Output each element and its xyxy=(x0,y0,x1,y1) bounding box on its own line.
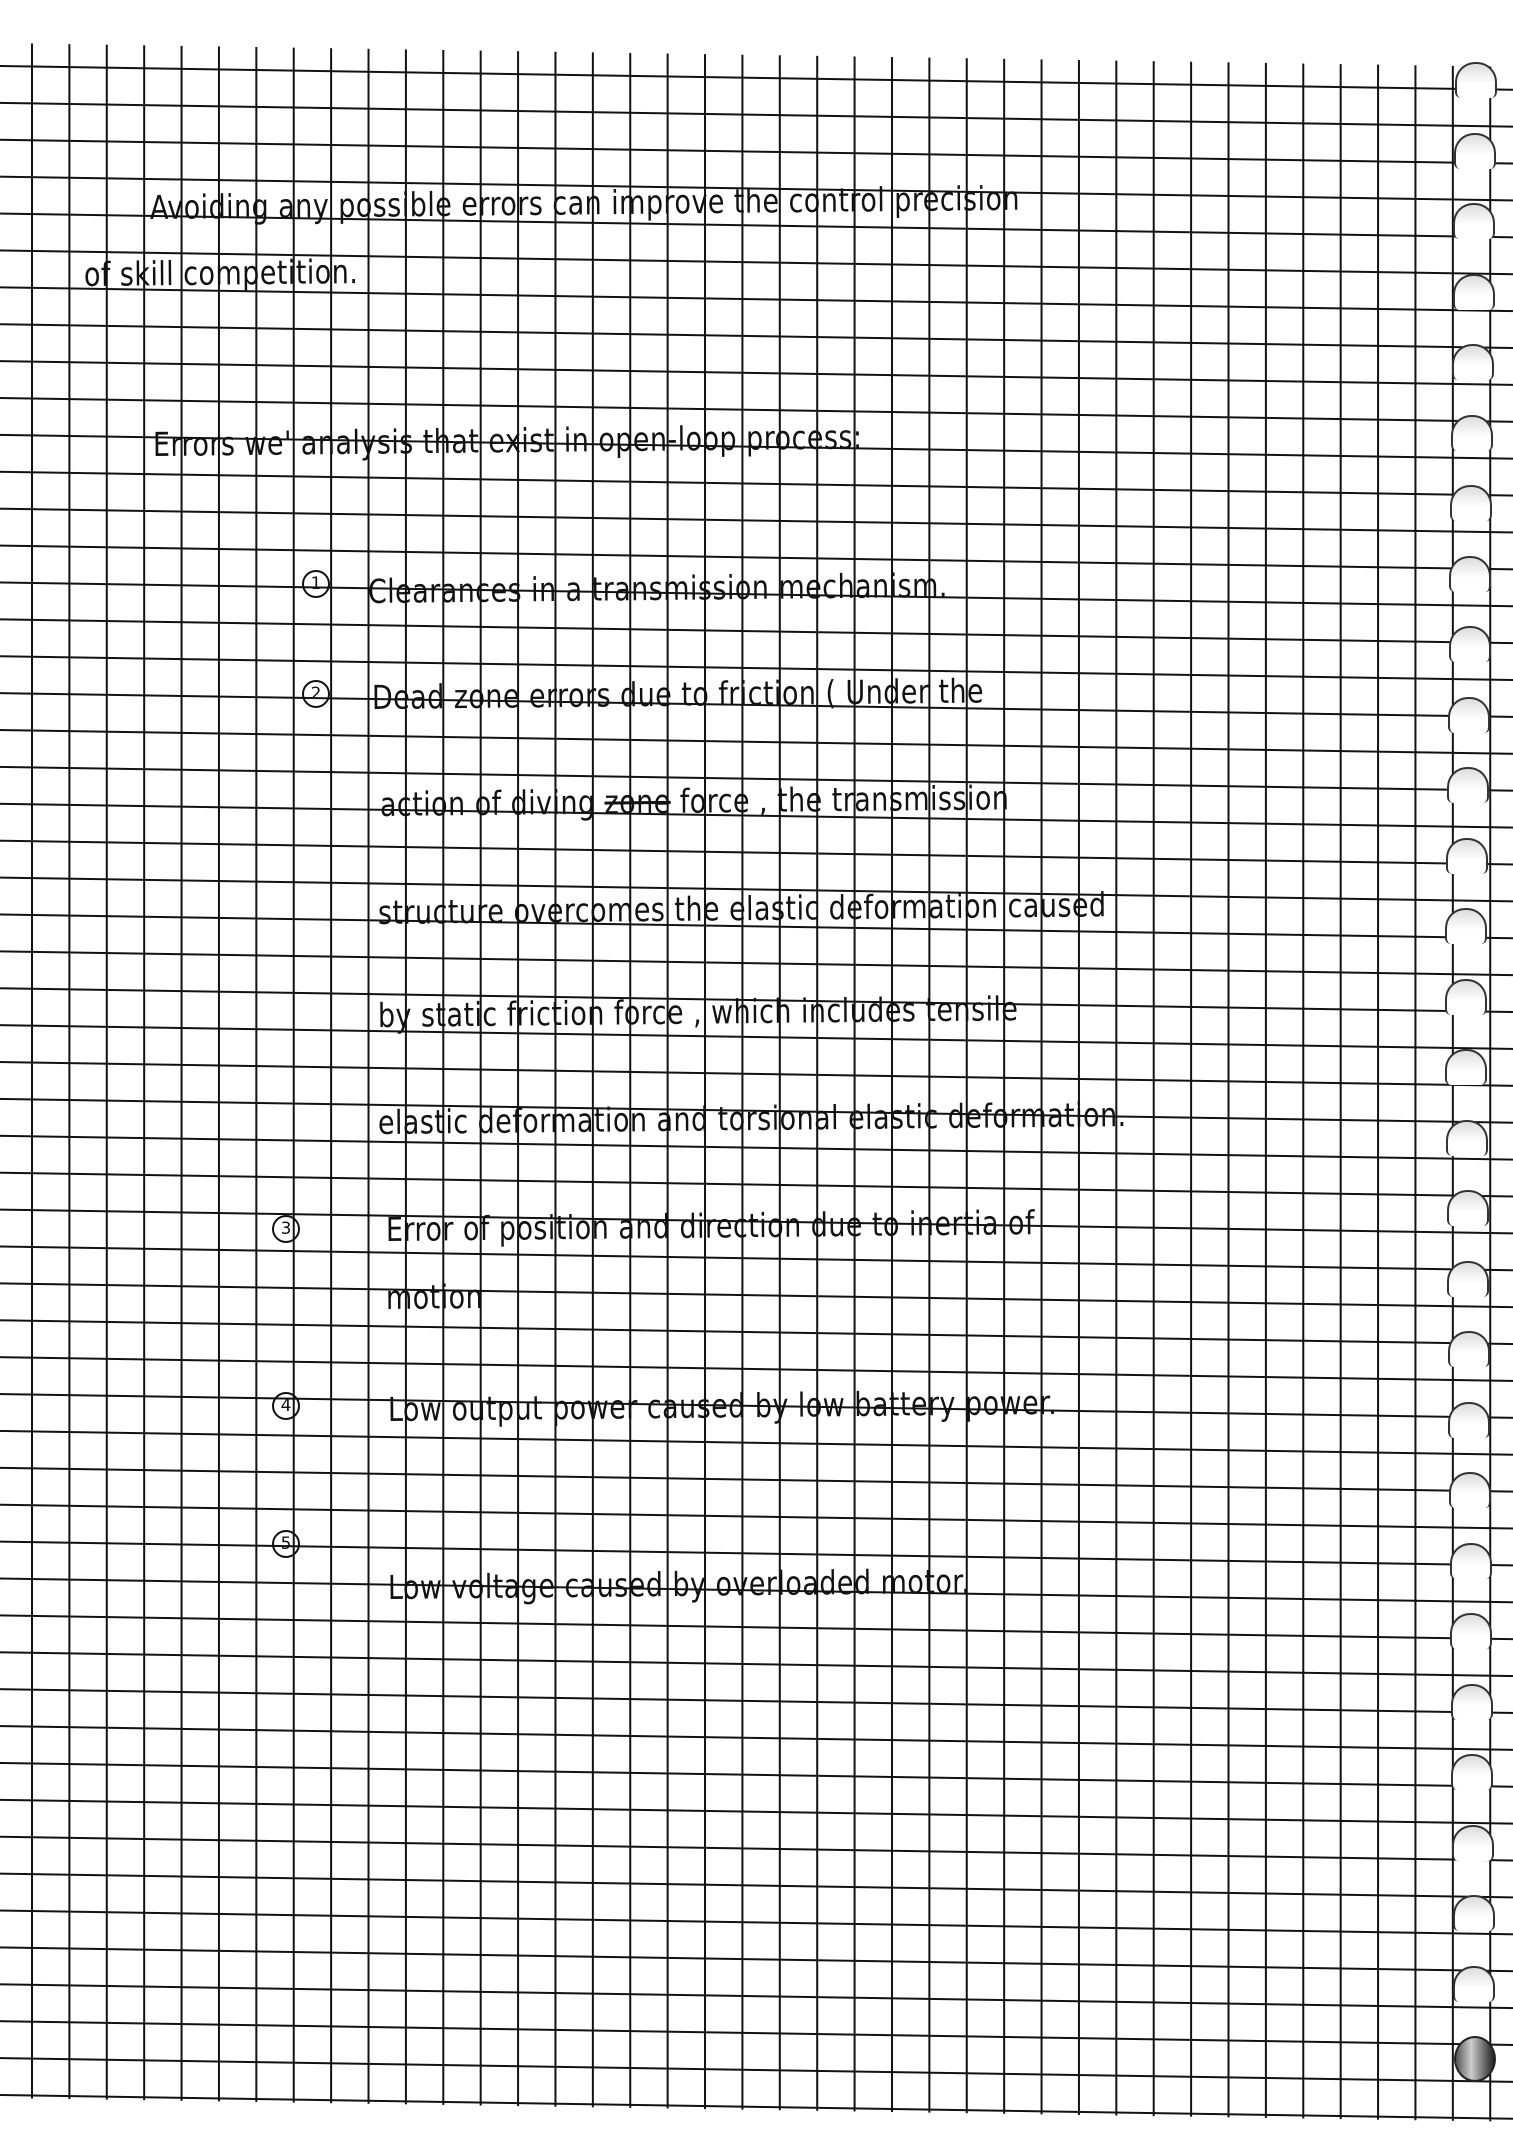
item-3-line-2: motion xyxy=(386,1277,483,1317)
binding-hole xyxy=(1452,344,1494,380)
binding-hole xyxy=(1453,203,1495,239)
binding-hole xyxy=(1454,2036,1496,2082)
binding-hole xyxy=(1454,133,1496,169)
notebook-page: Avoiding any possible errors can improve… xyxy=(0,0,1513,2141)
circled-number-2: 2 xyxy=(302,680,330,708)
item-1-line-1: Clearances in a transmission mechanism. xyxy=(368,566,948,611)
item-2-line-3: structure overcomes the elastic deformat… xyxy=(378,885,1107,932)
item-2-line-1: Dead zone errors due to friction ( Under… xyxy=(372,671,984,717)
binding-hole xyxy=(1448,1331,1490,1367)
binding-hole xyxy=(1450,485,1492,521)
binding-hole xyxy=(1446,1120,1488,1156)
binding-hole xyxy=(1453,1895,1495,1931)
binding-hole xyxy=(1451,1684,1493,1720)
binding-hole xyxy=(1452,1825,1494,1861)
grid-paper-background xyxy=(0,43,1513,2122)
binding-hole xyxy=(1449,556,1491,592)
binding-hole xyxy=(1445,979,1487,1015)
binding-hole xyxy=(1448,697,1490,733)
item-2-line-5: elastic deformation and torsional elasti… xyxy=(378,1095,1127,1142)
binding-hole xyxy=(1448,1402,1490,1438)
struck-word: zone xyxy=(604,782,670,822)
item-3-line-1: Error of position and direction due to i… xyxy=(386,1203,1035,1249)
binding-hole xyxy=(1447,767,1489,803)
binding-hole xyxy=(1449,1472,1491,1508)
binding-hole xyxy=(1447,1261,1489,1297)
binding-hole xyxy=(1447,1190,1489,1226)
binding-hole xyxy=(1449,626,1491,662)
item-2-line-4: by static friction force , which include… xyxy=(378,989,1019,1035)
errors-subheading: Errors we' analysis that exist in open-l… xyxy=(153,417,863,464)
binding-hole xyxy=(1451,1754,1493,1790)
binding-hole xyxy=(1453,1966,1495,2002)
item-4-line-1: Low output power caused by low battery p… xyxy=(388,1383,1058,1429)
item-2-line-2-text: action of diving zone force , the transm… xyxy=(380,778,1010,824)
binding-hole xyxy=(1446,838,1488,874)
binding-hole xyxy=(1455,62,1497,98)
circled-number-4: 4 xyxy=(272,1392,300,1420)
item-5-line-1: Low voltage caused by overloaded motor. xyxy=(388,1562,971,1607)
circled-number-1: 1 xyxy=(302,570,330,598)
circled-number-5: 5 xyxy=(272,1530,300,1558)
item-2-line-2: action of diving zone force , the transm… xyxy=(380,778,1010,824)
intro-line-2: of skill competition. xyxy=(84,252,359,294)
binding-hole xyxy=(1445,908,1487,944)
circled-number-3: 3 xyxy=(272,1215,300,1243)
binding-hole xyxy=(1450,1543,1492,1579)
binding-hole xyxy=(1451,415,1493,451)
binding-hole xyxy=(1445,1049,1487,1085)
binding-hole xyxy=(1450,1613,1492,1649)
binding-hole xyxy=(1453,274,1495,310)
